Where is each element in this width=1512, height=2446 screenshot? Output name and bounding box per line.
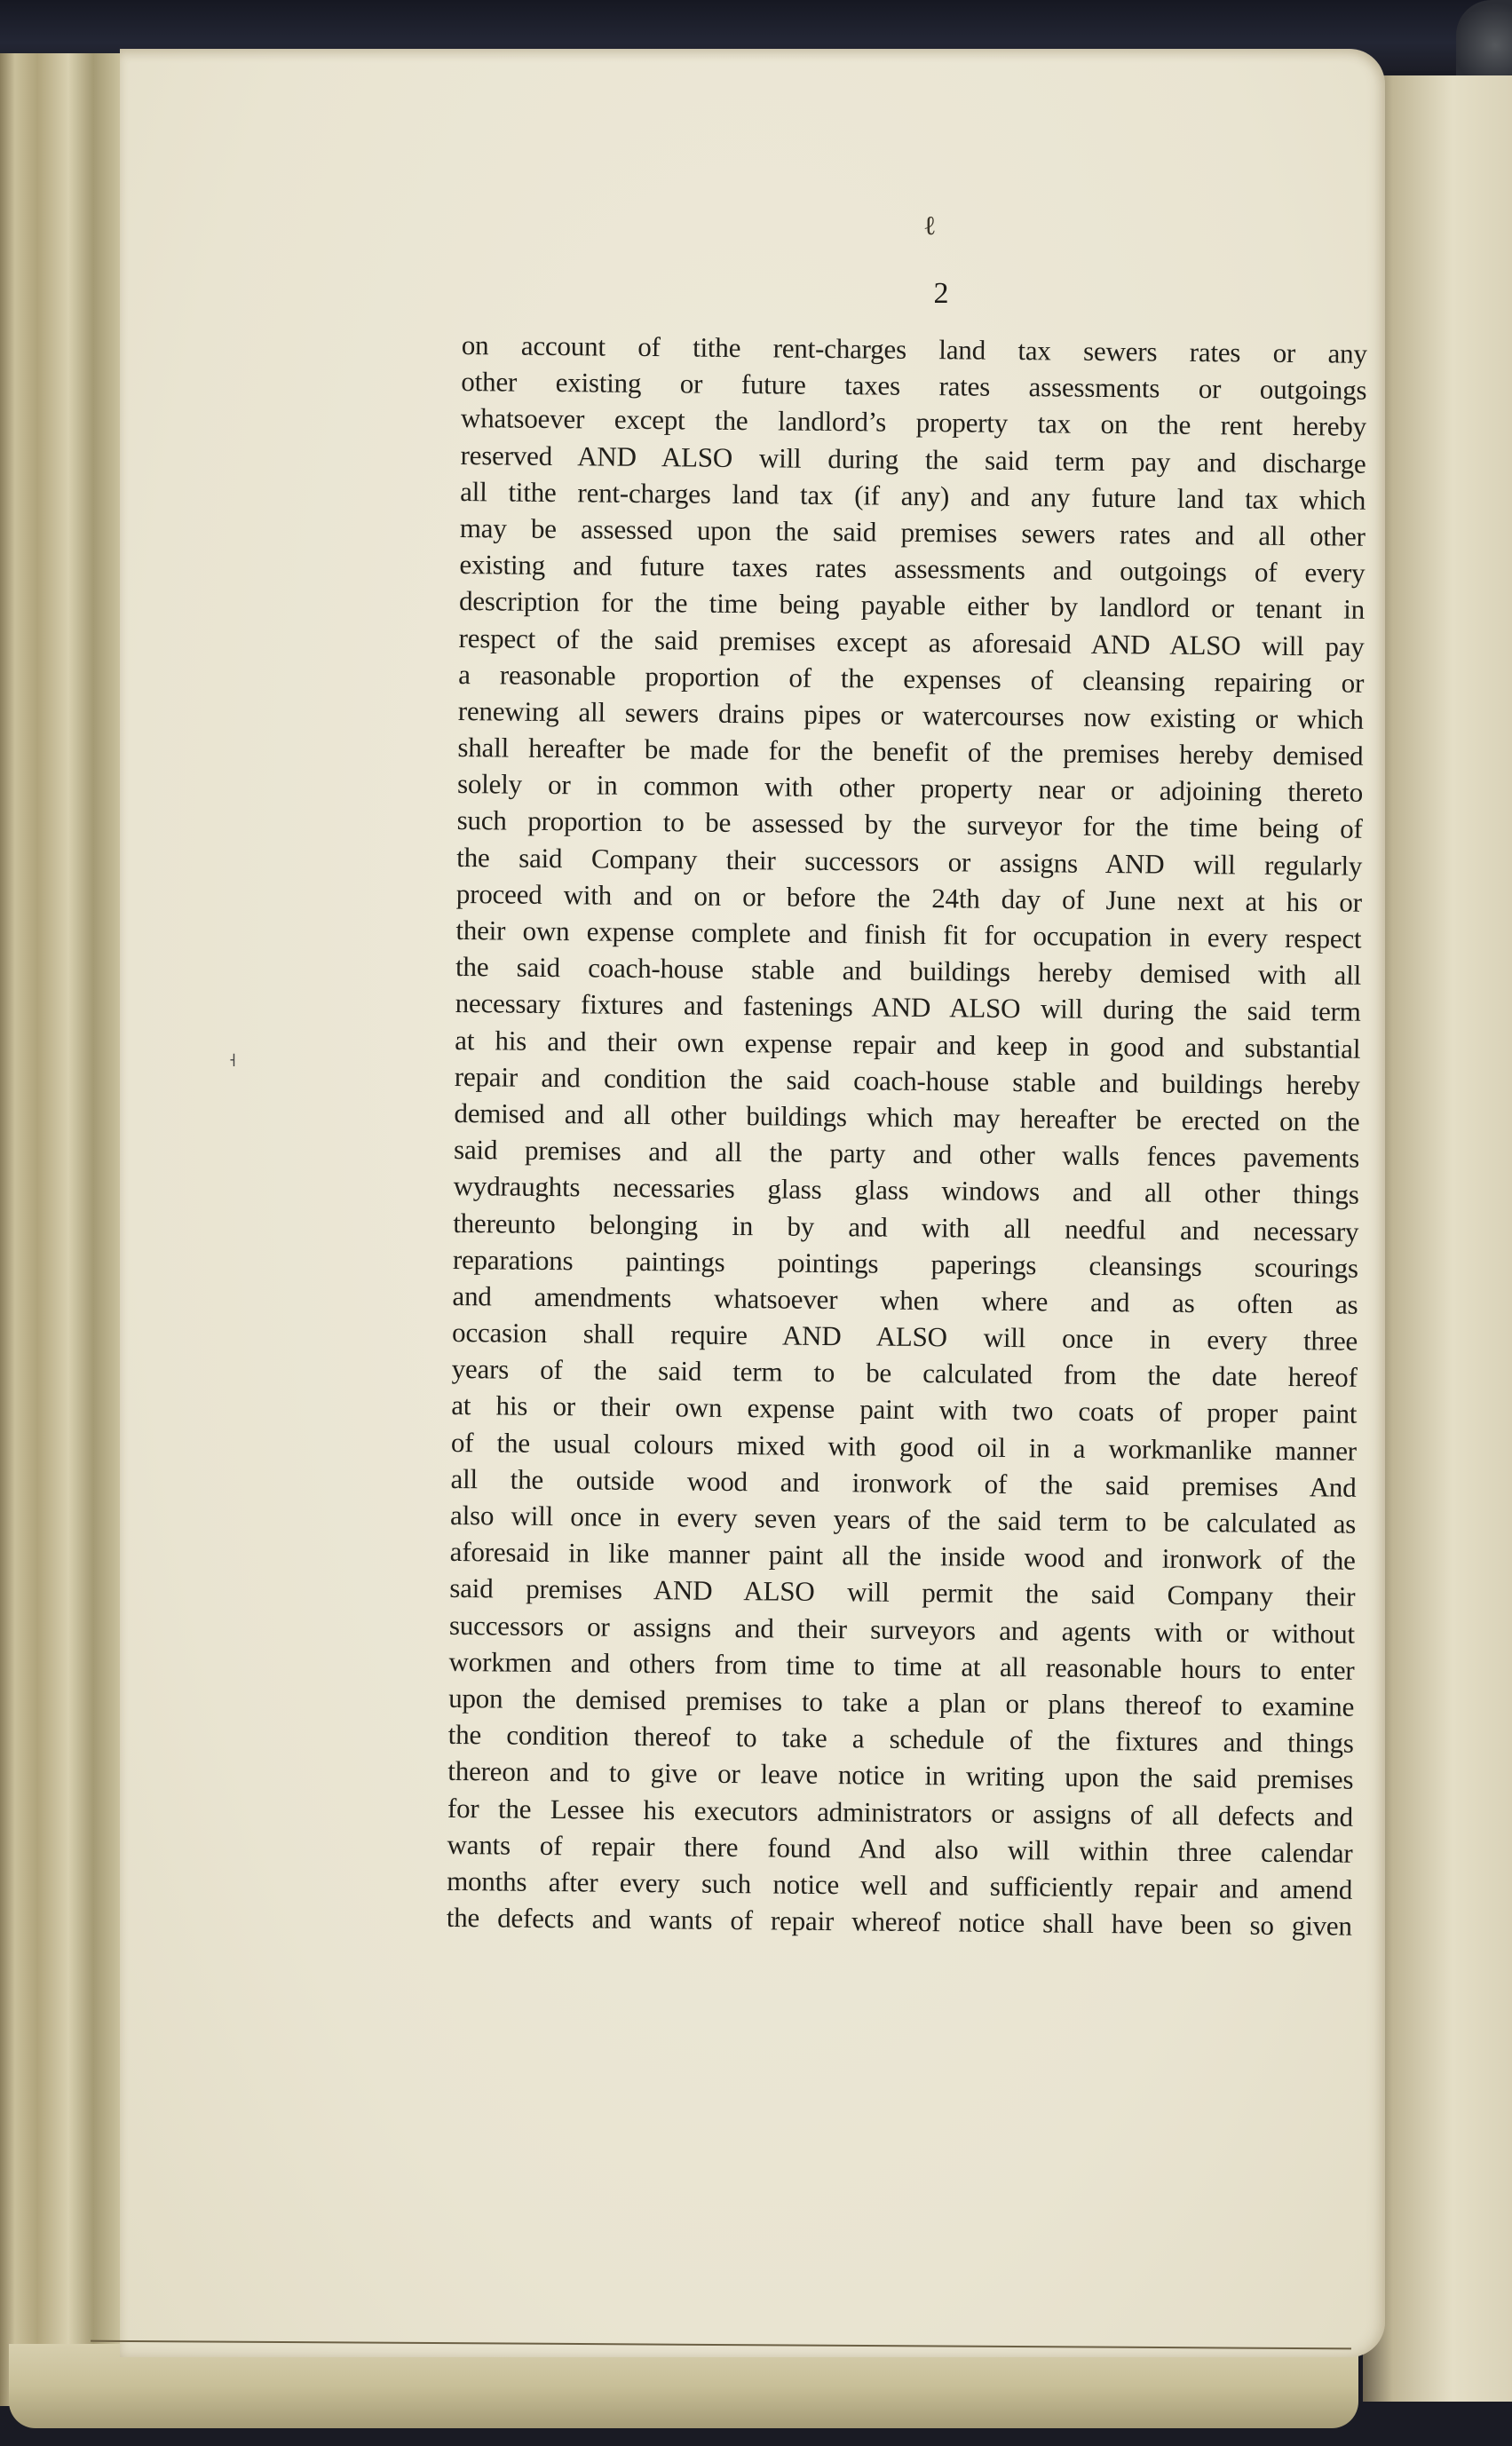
facing-page-edge [1363, 75, 1512, 2402]
body-text: on account of tithe rent-charges land ta… [447, 327, 1367, 1944]
page-number: 2 [923, 277, 959, 311]
book-cover-corner [1456, 0, 1512, 75]
ink-mark: ℓ [923, 213, 936, 240]
margin-mark: ˧ [229, 1051, 236, 1072]
page-stack-left [0, 53, 124, 2406]
